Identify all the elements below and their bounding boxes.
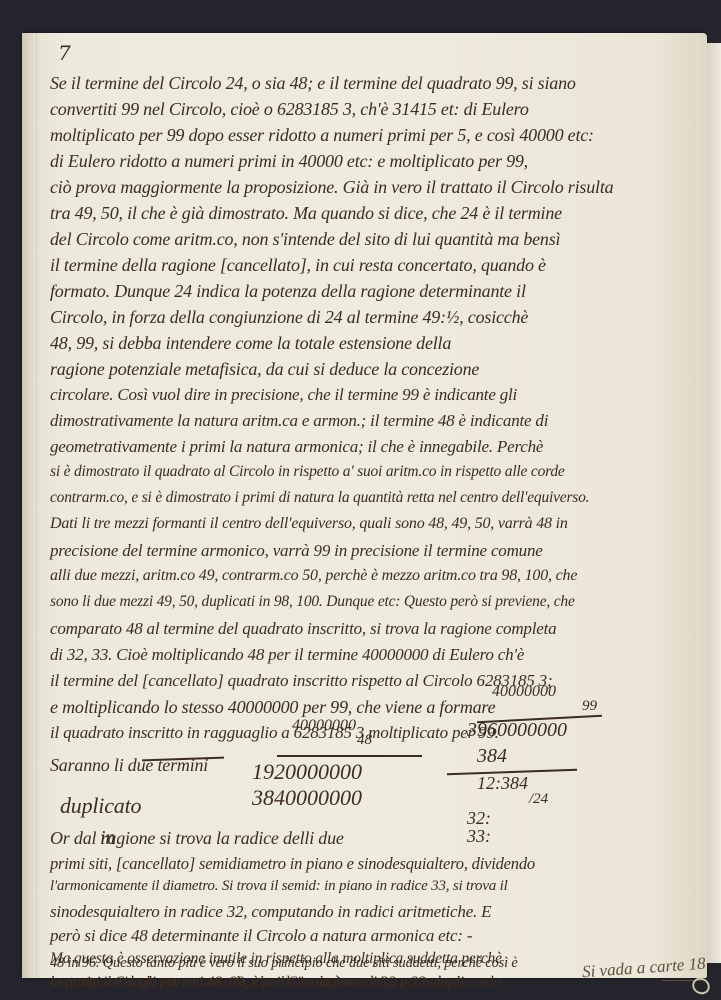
text-line: 48, 99, si debba intendere come la total…	[50, 333, 451, 354]
text-line: convertiti 99 nel Circolo, cioè o 628318…	[50, 99, 529, 120]
calc-multiplier: 48	[357, 732, 372, 749]
manuscript-page: 7 Se il termine del Circolo 24, o sia 48…	[22, 33, 707, 978]
text-line: Circolo, in forza della congiunzione di …	[50, 307, 528, 328]
text-line: comparato 48 al termine del quadrato ins…	[50, 619, 556, 639]
text-line: contrarm.co, e si è dimostrato i primi d…	[50, 489, 589, 507]
text-line: Se il termine del Circolo 24, o sia 48; …	[50, 73, 576, 94]
text-line: dimostrativamente la natura aritm.ca e a…	[50, 411, 548, 431]
text-line: e moltiplicando lo stesso 40000000 per 9…	[50, 697, 495, 718]
text-line: circolare. Così vuol dire in precisione,…	[50, 385, 517, 405]
text-line: Or dal ragione si trova la radice delli …	[50, 828, 344, 849]
text-line: formato. Dunque 24 indica la potenza del…	[50, 281, 526, 302]
calc-product: 3960000000	[467, 719, 567, 742]
page-edge	[707, 43, 721, 963]
page-gutter	[22, 33, 37, 978]
text-line: tra 49, 50, il che è già dimostrato. Ma …	[50, 203, 562, 224]
text-line: sono li due mezzi 49, 50, duplicati in 9…	[50, 593, 575, 611]
calc-rule	[277, 755, 422, 757]
text-line: 48 in 96. Questo tanto più è vero il suo…	[50, 955, 518, 972]
text-line: costrutto il Circolo per natura sola, ch…	[50, 974, 463, 991]
text-line: ragione potenziale metafisica, da cui si…	[50, 359, 479, 380]
text-line: il quadrato inscritto in ragguaglio a 62…	[50, 723, 499, 743]
calc-multiplier: 99	[582, 698, 597, 715]
text-line: di 32, 33. Cioè moltiplicando 48 per il …	[50, 645, 524, 665]
calc-multiplicand: 40000000	[492, 683, 556, 701]
calc-remainder: 12:384	[477, 773, 528, 794]
text-line: si è dimostrato il quadrato al Circolo i…	[50, 463, 565, 481]
text-line: moltiplicato per 99 dopo esser ridotto a…	[50, 125, 594, 146]
text-line: alli due mezzi, aritm.co 49, contrarm.co…	[50, 567, 577, 585]
text-line: l'armonicamente il diametro. Si trova il…	[50, 878, 508, 895]
text-line: il termine della ragione [cancellato], i…	[50, 255, 546, 276]
calc-doubled: 3840000000	[252, 785, 362, 811]
text-line: il termine del [cancellato] quadrato ins…	[50, 671, 552, 691]
text-line: sinodesquialtero in radice 32, computand…	[50, 902, 491, 922]
calc-multiplicand: 40000000	[292, 717, 356, 735]
calc-subtract: 384	[477, 745, 507, 768]
text-line: primi siti, [cancellato] semidiametro in…	[50, 854, 535, 874]
calc-product: 1920000000	[252, 759, 362, 785]
text-line: del Circolo come aritm.co, non s'intende…	[50, 229, 560, 250]
text-line: ciò prova maggiormente la proposizione. …	[50, 177, 613, 198]
calc-result: 33:	[467, 826, 491, 847]
catchword: Si vada a carte 18	[581, 954, 706, 983]
text-line: però si dice 48 determinante il Circolo …	[50, 926, 472, 946]
text-line: Dati li tre mezzi formanti il centro del…	[50, 515, 568, 533]
text-line: duplicato	[60, 793, 141, 819]
text-line: di Eulero ridotto a numeri primi in 4000…	[50, 151, 528, 172]
text-line: geometrativamente i primi la natura armo…	[50, 437, 543, 457]
calc-divisor: /24	[529, 791, 548, 808]
ribbon-marker	[689, 975, 713, 998]
text-line: precisione del termine armonico, varrà 9…	[50, 541, 543, 561]
page-number: 7	[58, 41, 71, 65]
